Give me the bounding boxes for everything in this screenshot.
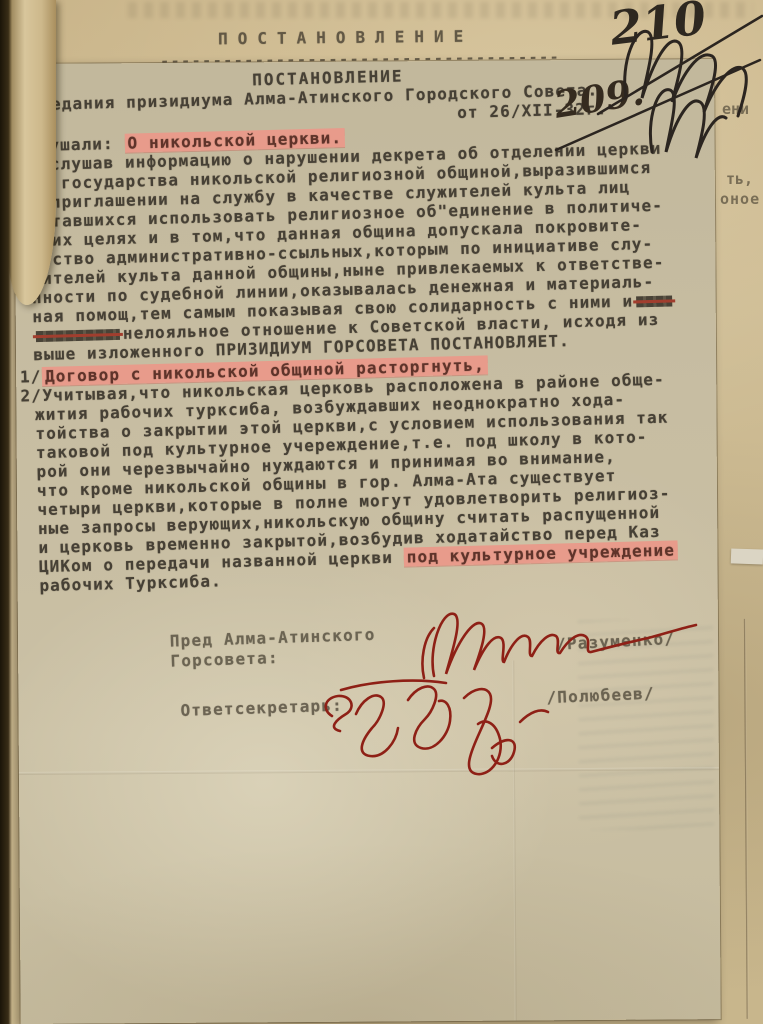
tape-strip [731,548,763,564]
vertical-crease [512,661,517,1021]
page-curl-edge [8,0,56,305]
item-number: 1/ [20,367,42,387]
archival-document-photo: ПОСТАНОВЛЕНИЕ --------------------------… [0,0,763,1024]
under-page-text-fragment: ени [722,100,749,118]
secretary-role-label: Ответсекретарь: [180,696,343,720]
document-page: ПОСТАНОВЛЕНИЕ заседания призидиума Алма-… [14,59,721,1024]
under-page-text-fragment: ть, [726,170,753,188]
typed-text-block: ПОСТАНОВЛЕНИЕ заседания призидиума Алма-… [26,59,711,595]
binding-gutter-shadow [0,0,12,1024]
item-number: 2/ [20,386,42,406]
under-page-title: ПОСТАНОВЛЕНИЕ [218,27,473,49]
crossed-out-word [36,329,120,342]
under-page-text-fragment: оное [720,190,760,208]
crossed-out-word [636,295,672,307]
chairman-role-label: Пред Алма-Атинского Горсовета: [169,625,376,672]
